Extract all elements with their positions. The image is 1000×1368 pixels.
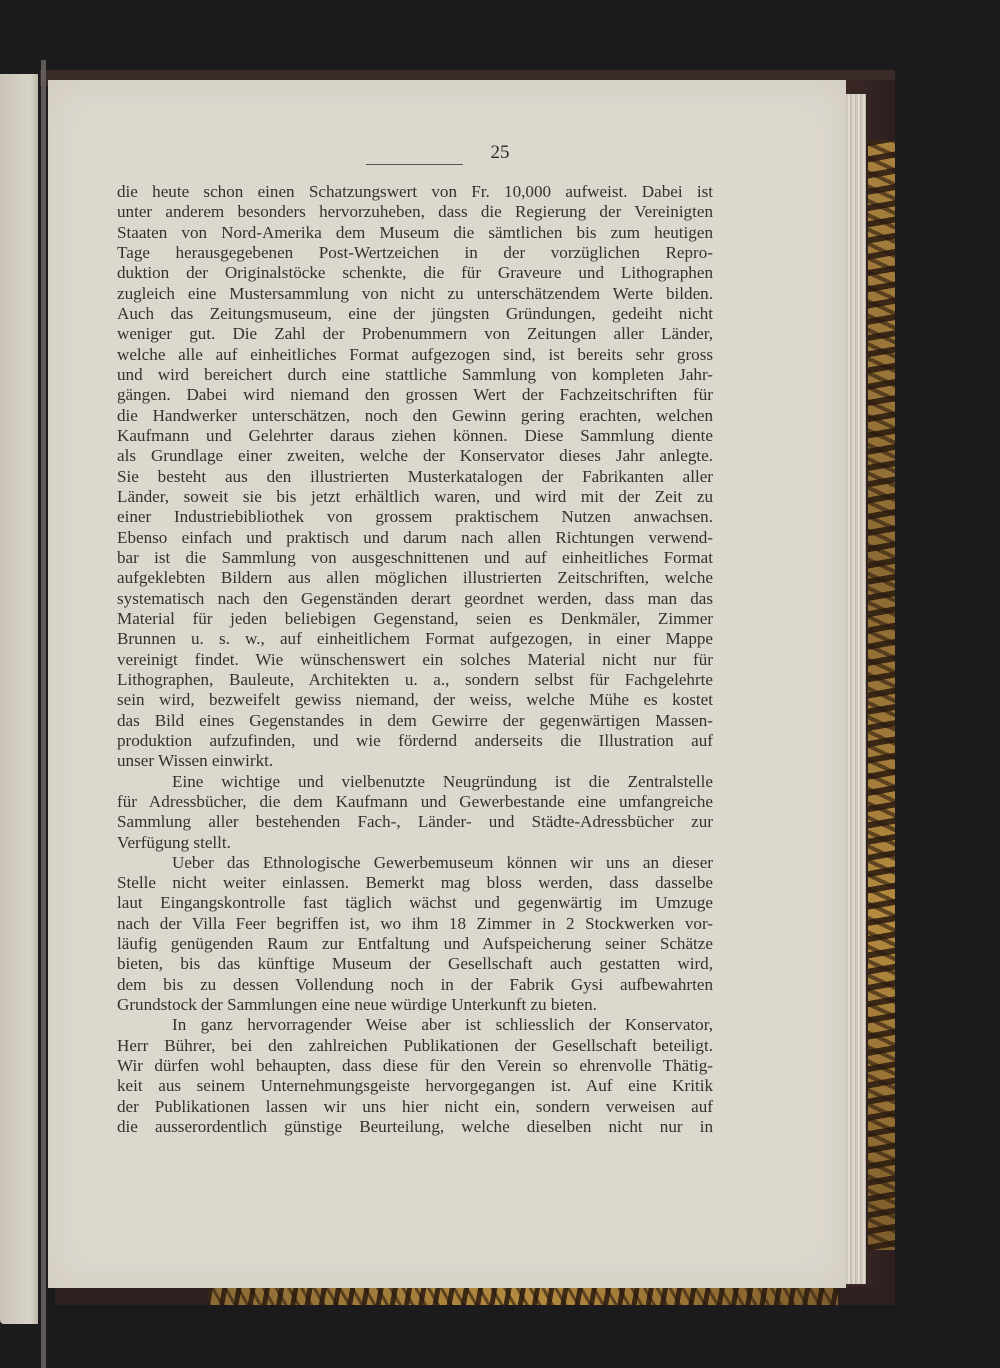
text-line: Auch das Zeitungsmuseum, eine der jüngst… [117, 304, 713, 324]
page-stack-edges [846, 94, 866, 1284]
text-line: laut Eingangskontrolle fast täglich wäch… [117, 893, 713, 913]
text-line: Tage herausgegebenen Post-Wertzeichen in… [117, 243, 713, 263]
marbled-board-right [868, 140, 895, 1250]
text-line: Herr Bührer, bei den zahlreichen Publika… [117, 1036, 713, 1056]
text-line: systematisch nach den Gegenständen derar… [117, 589, 713, 609]
text-line: Sammlung aller bestehenden Fach-, Länder… [117, 812, 713, 832]
paragraph: die heute schon einen Schatzungswert von… [117, 182, 713, 772]
text-line: Lithographen, Bauleute, Architekten u. a… [117, 670, 713, 690]
paragraph: Ueber das Ethnologische Gewerbemuseum kö… [117, 853, 713, 1016]
text-line: Ebenso einfach und praktisch und darum n… [117, 528, 713, 548]
text-line: welche alle auf einheitliches Format auf… [117, 345, 713, 365]
text-line: bar ist die Sammlung von ausgeschnittene… [117, 548, 713, 568]
text-line: Ueber das Ethnologische Gewerbemuseum kö… [117, 853, 713, 873]
text-line: duktion der Originalstöcke schenkte, die… [117, 263, 713, 283]
text-line: Länder, soweit sie bis jetzt erhältlich … [117, 487, 713, 507]
text-line: nach der Villa Feer begriffen ist, wo ih… [117, 914, 713, 934]
facing-page-edge [0, 74, 38, 1324]
text-line: Eine wichtige und vielbenutzte Neugründu… [117, 772, 713, 792]
text-line: dem bis zu dessen Vollendung noch in der… [117, 975, 713, 995]
text-line: das Bild eines Gegenstandes in dem Gewir… [117, 711, 713, 731]
text-line: als Grundlage einer zweiten, welche der … [117, 446, 713, 466]
text-line: vereinigt findet. Wie wünschenswert ein … [117, 650, 713, 670]
text-line: Grundstock der Sammlungen eine neue würd… [117, 995, 713, 1015]
gutter-shadow [41, 60, 46, 1368]
text-line: Staaten von Nord-Amerika dem Museum die … [117, 223, 713, 243]
page-number-rule [366, 164, 463, 165]
text-line: Brunnen u. s. w., auf einheitlichem Form… [117, 629, 713, 649]
text-line: und wird bereichert durch eine stattlich… [117, 365, 713, 385]
text-line: keit aus seinem Unternehmungsgeiste herv… [117, 1076, 713, 1096]
text-line: weniger gut. Die Zahl der Probenummern v… [117, 324, 713, 344]
paragraph: In ganz hervorragender Weise aber ist sc… [117, 1015, 713, 1137]
text-line: für Adressbücher, die dem Kaufmann und G… [117, 792, 713, 812]
text-line: die ausserordentlich günstige Beurteilun… [117, 1117, 713, 1137]
text-line: aufgeklebten Bildern aus allen möglichen… [117, 568, 713, 588]
text-line: Sie besteht aus den illustrierten Muster… [117, 467, 713, 487]
text-line: In ganz hervorragender Weise aber ist sc… [117, 1015, 713, 1035]
text-line: läufig genügenden Raum zur Entfaltung un… [117, 934, 713, 954]
text-line: Wir dürfen wohl behaupten, dass diese fü… [117, 1056, 713, 1076]
text-line: Verfügung stellt. [117, 833, 713, 853]
page-number: 25 [0, 142, 1000, 164]
text-line: zugleich eine Mustersammlung von nicht z… [117, 284, 713, 304]
text-line: die Handwerker unterschätzen, noch den G… [117, 406, 713, 426]
body-text: die heute schon einen Schatzungswert von… [117, 182, 713, 1137]
text-line: Kaufmann und Gelehrter daraus ziehen kön… [117, 426, 713, 446]
text-line: Stelle nicht weiter einlassen. Bemerkt m… [117, 873, 713, 893]
text-line: Material für jeden beliebigen Gegenstand… [117, 609, 713, 629]
text-line: die heute schon einen Schatzungswert von… [117, 182, 713, 202]
text-line: unser Wissen einwirkt. [117, 751, 713, 771]
text-line: produktion aufzufinden, und wie fördernd… [117, 731, 713, 751]
paragraph: Eine wichtige und vielbenutzte Neugründu… [117, 772, 713, 853]
text-line: einer Industriebibliothek von grossem pr… [117, 507, 713, 527]
text-line: bieten, bis das künftige Museum der Gese… [117, 954, 713, 974]
text-line: sein wird, bezweifelt gewiss niemand, de… [117, 690, 713, 710]
text-line: der Publikationen lassen wir uns hier ni… [117, 1097, 713, 1117]
text-line: gängen. Dabei wird niemand den grossen W… [117, 385, 713, 405]
text-line: unter anderem besonders hervorzuheben, d… [117, 202, 713, 222]
marbled-board-bottom [208, 1288, 838, 1305]
